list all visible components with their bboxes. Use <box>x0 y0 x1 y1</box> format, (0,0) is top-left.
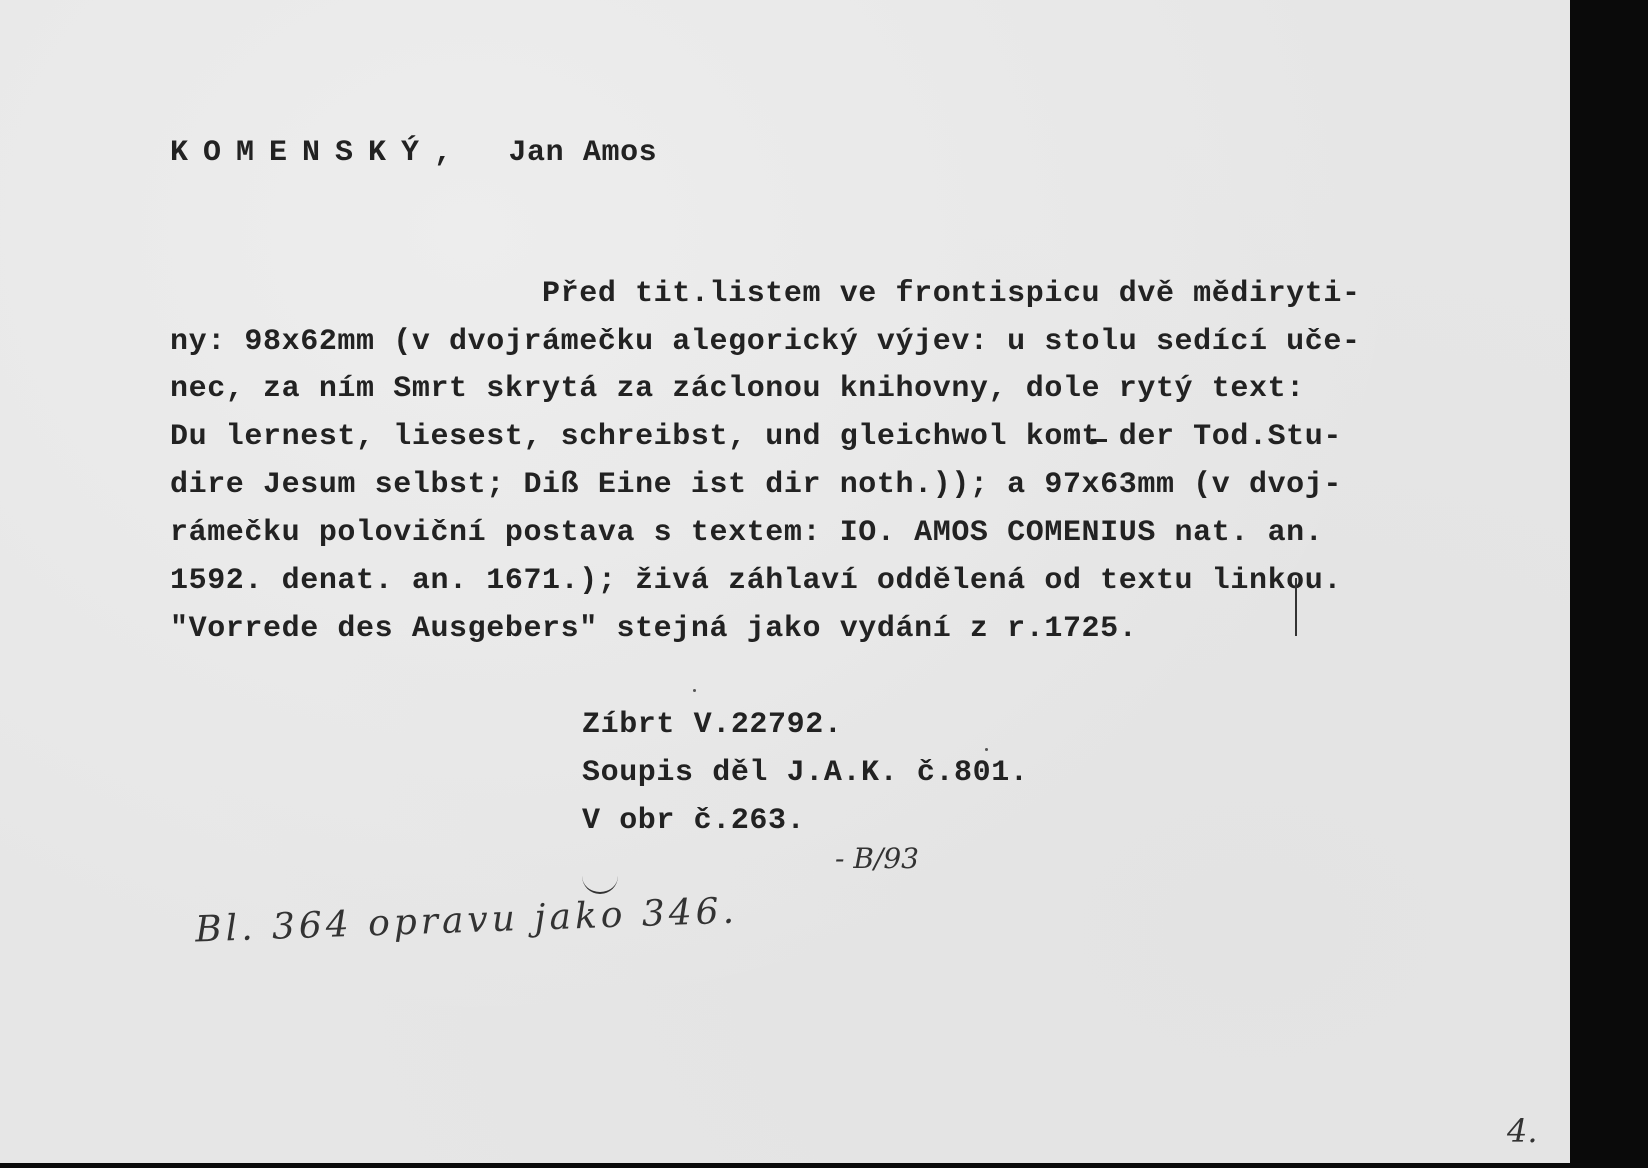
handwritten-reference-annotation: - B/93 <box>835 842 919 875</box>
description-line: Před tit.listem ve frontispicu dvě mědir… <box>170 277 1361 311</box>
paper-speck <box>985 748 988 751</box>
insertion-mark <box>1295 578 1297 636</box>
reference-line: Zíbrt V.22792. <box>582 708 842 742</box>
description-line: Du lernest, liesest, schreibst, und glei… <box>170 420 1342 454</box>
paper-speck <box>693 689 696 692</box>
author-given-names: Jan Amos <box>508 136 657 170</box>
scanned-catalog-card: KOMENSKÝ, Jan Amos Před tit.listem ve fr… <box>0 0 1648 1168</box>
reference-line: Soupis děl J.A.K. č.801. <box>582 756 1028 790</box>
catalog-card: KOMENSKÝ, Jan Amos Před tit.listem ve fr… <box>0 0 1570 1163</box>
handwritten-anchor-mark <box>582 842 618 894</box>
heading-separator: , <box>434 136 453 170</box>
abbreviation-macron <box>1091 439 1107 442</box>
handwritten-note: Bl. 364 opravu jako 346. <box>194 891 738 951</box>
description-line: dire Jesum selbst; Diß Eine ist dir noth… <box>170 468 1342 502</box>
author-surname: KOMENSKÝ <box>170 136 434 170</box>
description-line: 1592. denat. an. 1671.); živá záhlaví od… <box>170 564 1342 598</box>
description-line: ny: 98x62mm (v dvojrámečku alegorický vý… <box>170 325 1361 359</box>
page-number: 4. <box>1507 1112 1538 1150</box>
reference-line: V obr č.263. <box>582 804 805 838</box>
description-line: nec, za ním Smrt skrytá za záclonou knih… <box>170 372 1305 406</box>
description-line: "Vorrede des Ausgebers" stejná jako vydá… <box>170 612 1137 646</box>
description-line: rámečku poloviční postava s textem: IO. … <box>170 516 1323 550</box>
card-heading: KOMENSKÝ, Jan Amos <box>170 136 657 170</box>
